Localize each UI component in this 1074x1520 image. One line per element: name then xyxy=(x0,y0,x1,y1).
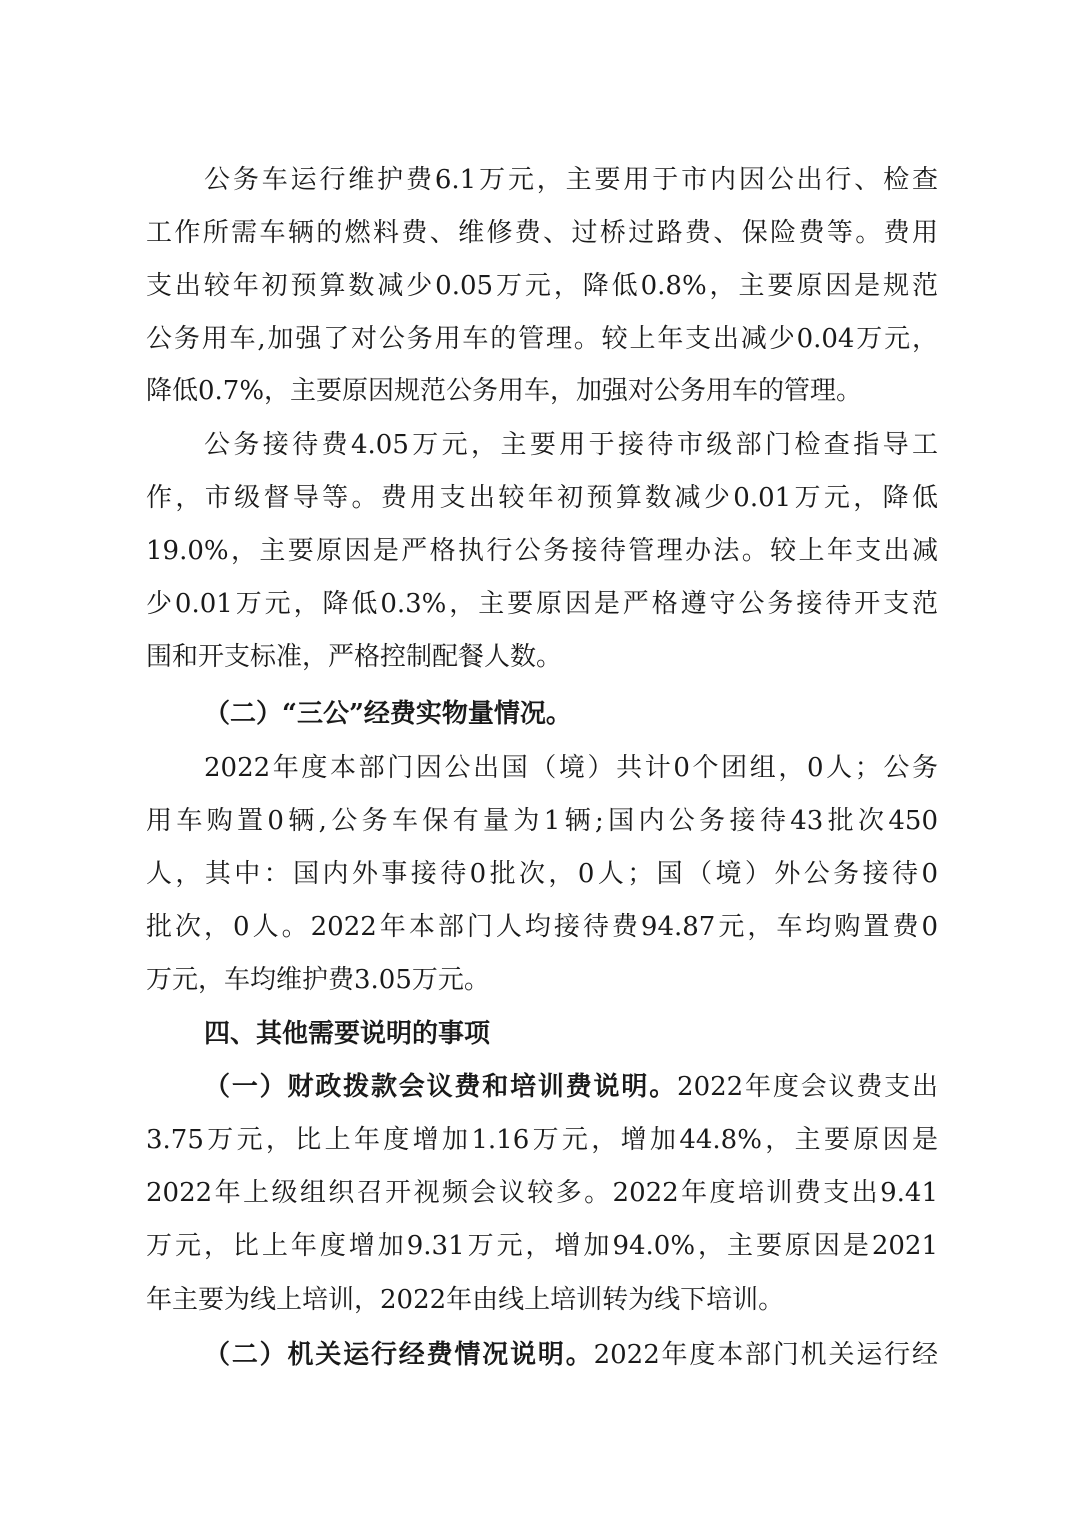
paragraph-line: 批次，0人。2022年本部门人均接待费94.87元，车均购置费0 xyxy=(146,909,938,945)
paragraph-line: 公务用车,加强了对公务用车的管理。较上年支出减少0.04万元， xyxy=(146,321,938,357)
paragraph-line: 支出较年初预算数减少0.05万元，降低0.8%，主要原因是规范 xyxy=(146,268,938,304)
paragraph-line: 2022年上级组织召开视频会议较多。2022年度培训费支出9.41 xyxy=(146,1175,938,1211)
paragraph-line: 用车购置0辆,公务车保有量为1辆;国内公务接待43批次450 xyxy=(146,803,938,839)
paragraph-line: 围和开支标准，严格控制配餐人数。 xyxy=(146,639,938,675)
paragraph-line: 2022年度本部门因公出国（境）共计0个团组，0人；公务 xyxy=(204,750,938,786)
paragraph-line: 万元，车均维护费3.05万元。 xyxy=(146,962,938,998)
subheading-meeting-training-fees: （一）财政拨款会议费和培训费说明。 xyxy=(204,1072,677,1102)
paragraph-line: 3.75万元，比上年度增加1.16万元，增加44.8%，主要原因是 xyxy=(146,1122,938,1158)
paragraph-line: 降低0.7%，主要原因规范公务用车，加强对公务用车的管理。 xyxy=(146,373,938,409)
paragraph-text: 2022年度会议费支出 xyxy=(677,1072,938,1102)
paragraph-line: 少0.01万元，降低0.3%，主要原因是严格遵守公务接待开支范 xyxy=(146,586,938,622)
document-page: 公务车运行维护费6.1万元，主要用于市内因公出行、检查 工作所需车辆的燃料费、维… xyxy=(0,0,1074,1520)
subheading-operating-expenses: （二）机关运行经费情况说明。 xyxy=(204,1340,594,1370)
paragraph-line: 19.0%，主要原因是严格执行公务接待管理办法。较上年支出减 xyxy=(146,533,938,569)
paragraph-line: 作，市级督导等。费用支出较年初预算数减少0.01万元，降低 xyxy=(146,480,938,516)
paragraph-line: 人，其中：国内外事接待0批次，0人；国（境）外公务接待0 xyxy=(146,856,938,892)
section-heading-sangong-quantity: （二）“三公”经费实物量情况。 xyxy=(204,696,938,732)
section-heading-other-matters: 四、其他需要说明的事项 xyxy=(204,1016,938,1052)
paragraph-line: 公务接待费4.05万元，主要用于接待市级部门检查指导工 xyxy=(204,427,938,463)
paragraph-line: 工作所需车辆的燃料费、维修费、过桥过路费、保险费等。费用 xyxy=(146,215,938,251)
paragraph-line-with-subheading: （一）财政拨款会议费和培训费说明。2022年度会议费支出 xyxy=(204,1069,938,1105)
paragraph-line-with-subheading: （二）机关运行经费情况说明。2022年度本部门机关运行经 xyxy=(204,1337,938,1373)
paragraph-line: 万元，比上年度增加9.31万元，增加94.0%，主要原因是2021 xyxy=(146,1228,938,1264)
paragraph-text: 2022年度本部门机关运行经 xyxy=(594,1340,938,1370)
paragraph-line: 公务车运行维护费6.1万元，主要用于市内因公出行、检查 xyxy=(204,162,938,198)
paragraph-line: 年主要为线上培训，2022年由线上培训转为线下培训。 xyxy=(146,1282,938,1318)
